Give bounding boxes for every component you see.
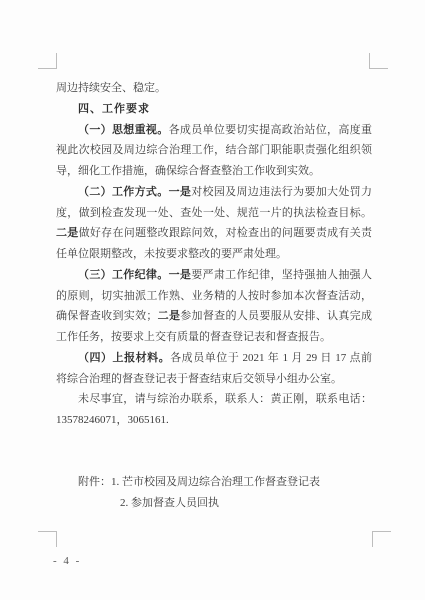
text-line: 周边持续安全、稳定。: [56, 78, 372, 99]
body-text: 参加督查的人员要服从安排、认真完成: [180, 310, 372, 322]
emphasis-text: （三）工作纪律。: [78, 269, 169, 281]
emphasis-text: 一是: [169, 269, 192, 281]
body-text: 未尽事宜，请与综治办联系，联系人：黄正刚，联系电话：: [78, 393, 372, 405]
body-text: 确保督查收到实效；: [56, 310, 157, 322]
text-line: 的原则，切实抽派工作熟、业务精的人按时参加本次督查活动，: [56, 286, 372, 307]
text-line: 工作任务，按要求上交有质量的督查登记表和督查报告。: [56, 327, 372, 348]
body-text: 周边持续安全、稳定。: [56, 82, 166, 94]
body-text: 对校园及周边违法行为要加大处罚力: [191, 186, 372, 198]
body-text: 要严肃工作纪律，坚持强抽人抽强人: [191, 269, 372, 281]
emphasis-text: 一是: [169, 186, 192, 198]
body-text: 工作任务，按要求上交有质量的督查登记表和督查报告。: [56, 331, 331, 343]
body-text: 视此次校园及周边综合治理工作，结合部门职能职责强化组织领: [56, 144, 372, 156]
body-text: 的原则，切实抽派工作熟、业务精的人按时参加本次督查活动，: [56, 290, 372, 302]
body-text: 各成员单位要切实提高政治站位，高度重: [169, 124, 372, 136]
text-boundary-mark-top-right: [369, 53, 388, 69]
section-heading: 四、工作要求: [56, 99, 372, 120]
emphasis-text: （一）思想重视。: [78, 124, 169, 136]
text-line: 度，做到检查发现一处、查处一处、规范一片的执法检查目标。: [56, 203, 372, 224]
emphasis-text: 二是: [157, 310, 180, 322]
text-line: 视此次校园及周边综合治理工作，结合部门职能职责强化组织领: [56, 140, 372, 161]
text-line: 未尽事宜，请与综治办联系，联系人：黄正刚，联系电话：: [56, 389, 372, 410]
body-text: 2. 参加督查人员回执: [120, 497, 219, 509]
text-boundary-mark-bottom-right: [372, 531, 391, 547]
text-line: （二）工作方式。一是对校园及周边违法行为要加大处罚力: [56, 182, 372, 203]
text-line: 二是做好存在问题整改跟踪问效，对检查出的问题要责成有关责: [56, 223, 372, 244]
text-line: （四）上报材料。各成员单位于 2021 年 1 月 29 日 17 点前: [56, 348, 372, 369]
body-text: 各成员单位于 2021 年 1 月 29 日 17 点前: [170, 352, 372, 364]
text-line: [56, 431, 372, 452]
page-number: - 4 -: [53, 555, 81, 567]
text-line: （三）工作纪律。一是要严肃工作纪律，坚持强抽人抽强人: [56, 265, 372, 286]
text-line: 任单位限期整改，未按要求整改的要严肃处理。: [56, 244, 372, 265]
body-text: 任单位限期整改，未按要求整改的要严肃处理。: [56, 248, 287, 260]
body-text: 13578246071，3065161.: [56, 414, 169, 426]
text-line: [56, 452, 372, 473]
emphasis-text: 四、工作要求: [78, 103, 150, 115]
text-line: 附件：1. 芒市校园及周边综合治理工作督查登记表: [56, 472, 372, 493]
text-line: 2. 参加督查人员回执: [56, 493, 372, 514]
body-text: 度，做到检查发现一处、查处一处、规范一片的执法检查目标。: [56, 207, 372, 219]
document-page: 周边持续安全、稳定。四、工作要求（一）思想重视。各成员单位要切实提高政治站位，高…: [0, 0, 425, 600]
emphasis-text: 二是: [56, 227, 79, 239]
body-text: 导，细化工作措施，确保综合督查整治工作收到实效。: [56, 165, 320, 177]
body-text: 做好存在问题整改跟踪问效，对检查出的问题要责成有关责: [79, 227, 372, 239]
emphasis-text: （二）工作方式。: [78, 186, 169, 198]
text-line: 13578246071，3065161.: [56, 410, 372, 431]
body-text: 附件：1. 芒市校园及周边综合治理工作督查登记表: [78, 476, 320, 488]
body-text: 将综合治理的督查登记表于督查结束后交领导小组办公室。: [56, 373, 342, 385]
text-line: 将综合治理的督查登记表于督查结束后交领导小组办公室。: [56, 369, 372, 390]
text-boundary-mark-bottom-left: [38, 531, 57, 547]
text-line: 导，细化工作措施，确保综合督查整治工作收到实效。: [56, 161, 372, 182]
text-line: （一）思想重视。各成员单位要切实提高政治站位，高度重: [56, 120, 372, 141]
text-boundary-mark-top-left: [38, 53, 57, 69]
document-body: 周边持续安全、稳定。四、工作要求（一）思想重视。各成员单位要切实提高政治站位，高…: [56, 78, 372, 514]
text-line: 确保督查收到实效；二是参加督查的人员要服从安排、认真完成: [56, 306, 372, 327]
emphasis-text: （四）上报材料。: [78, 352, 170, 364]
